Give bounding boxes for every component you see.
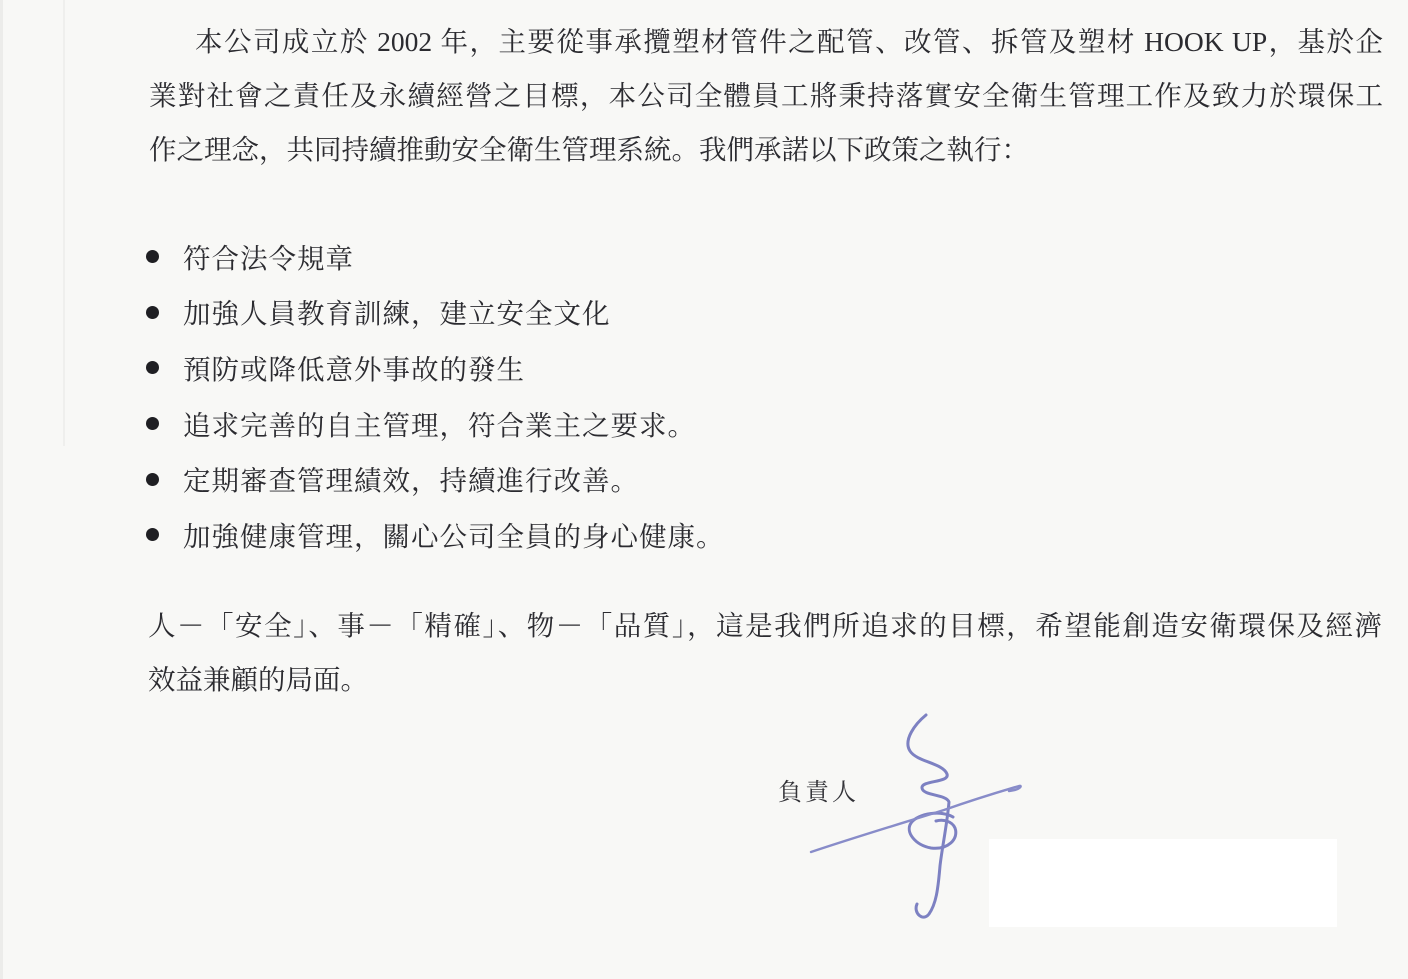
signature-ink — [800, 705, 1040, 935]
scan-edge-artifact — [0, 0, 3, 979]
intro-paragraph: 本公司成立於 2002 年，主要從事承攬塑材管件之配管、改管、拆管及塑材 HOO… — [149, 15, 1383, 177]
bullet-icon — [146, 306, 159, 319]
list-item: 加強健康管理，關心公司全員的身心健康。 — [146, 506, 1046, 562]
list-item: 預防或降低意外事故的發生 — [146, 339, 1046, 395]
paragraph-line: 業對社會之責任及永續經營之目標，本公司全體員工將秉持落實安全衛生管理工作及致力於… — [149, 69, 1383, 123]
policy-text: 預防或降低意外事故的發生 — [183, 347, 525, 387]
policy-text: 追求完善的自主管理，符合業主之要求。 — [183, 403, 696, 443]
policy-text: 符合法令規章 — [183, 236, 354, 276]
paragraph-line: 本公司成立於 2002 年，主要從事承攬塑材管件之配管、改管、拆管及塑材 HOO… — [149, 15, 1383, 69]
policy-list: 符合法令規章 加強人員教育訓練，建立安全文化 預防或降低意外事故的發生 追求完善… — [146, 228, 1046, 562]
paragraph-line: 人－「安全」、事－「精確」、物－「品質」，這是我們所追求的目標，希望能創造安衛環… — [148, 599, 1382, 653]
bullet-icon — [146, 417, 159, 430]
bullet-icon — [146, 473, 159, 486]
policy-text: 定期審查管理績效，持續進行改善。 — [183, 458, 639, 498]
paragraph-line: 效益兼顧的局面。 — [148, 653, 1382, 707]
bullet-icon — [146, 361, 159, 374]
policy-text: 加強人員教育訓練，建立安全文化 — [183, 291, 611, 331]
list-item: 加強人員教育訓練，建立安全文化 — [146, 284, 1046, 340]
redaction-box — [989, 839, 1337, 927]
list-item: 追求完善的自主管理，符合業主之要求。 — [146, 395, 1046, 451]
list-item: 定期審查管理績效，持續進行改善。 — [146, 450, 1046, 506]
list-item: 符合法令規章 — [146, 228, 1046, 284]
closing-paragraph: 人－「安全」、事－「精確」、物－「品質」，這是我們所追求的目標，希望能創造安衛環… — [148, 599, 1382, 707]
paragraph-line: 作之理念，共同持續推動安全衛生管理系統。我們承諾以下政策之執行： — [149, 123, 1383, 177]
scan-line-artifact — [63, 0, 65, 446]
policy-text: 加強健康管理，關心公司全員的身心健康。 — [183, 514, 725, 554]
bullet-icon — [146, 250, 159, 263]
scanned-document-page: 本公司成立於 2002 年，主要從事承攬塑材管件之配管、改管、拆管及塑材 HOO… — [0, 0, 1408, 979]
bullet-icon — [146, 528, 159, 541]
